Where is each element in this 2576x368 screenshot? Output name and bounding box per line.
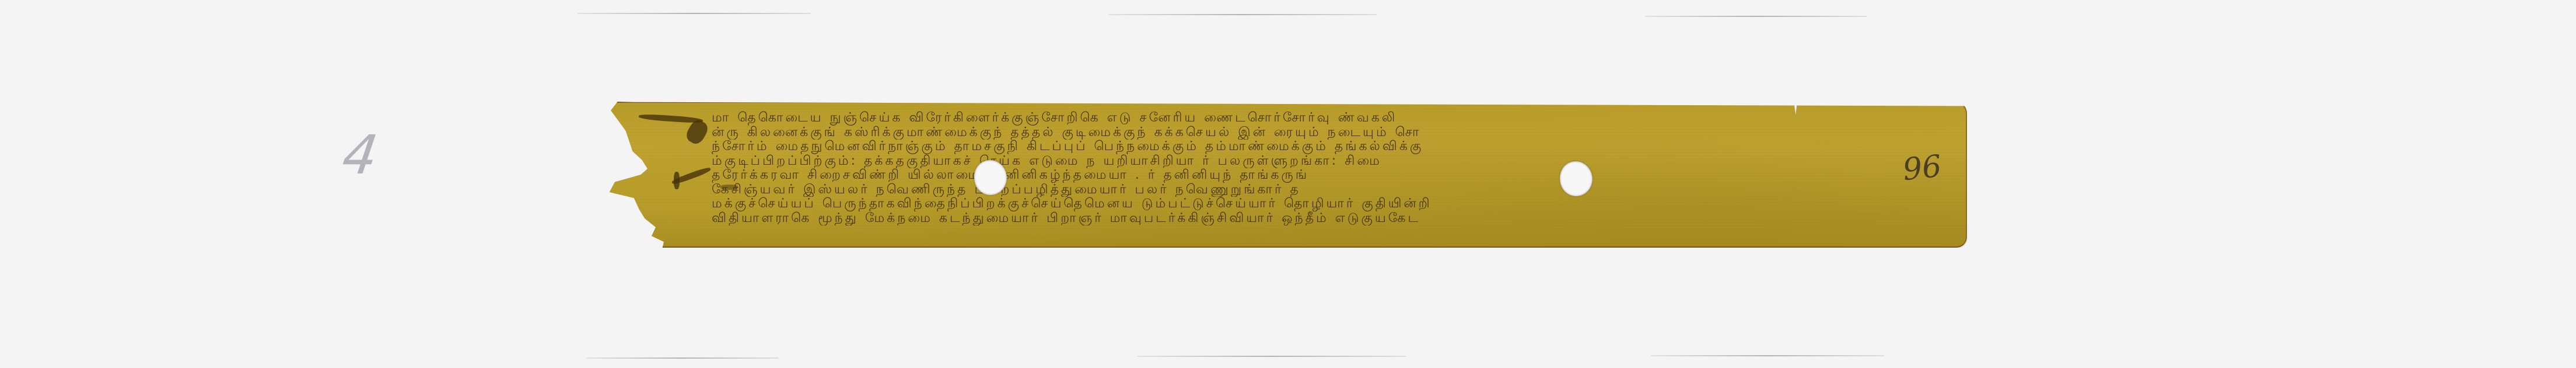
- text-line-1: மா தெகொடைய நுஞ்செய்க விரேர்கிளைர்க்குஞ்ச…: [712, 111, 1890, 126]
- string-hole-left: [974, 160, 1007, 195]
- top-ruler-mark-3: [1645, 16, 1867, 17]
- string-hole-right: [1560, 161, 1592, 196]
- text-line-5: தரேர்க்கரவா சிறைசவிண்றி யில்லாமையெனினிகழ…: [712, 168, 1890, 183]
- pencil-page-number: 4: [338, 124, 381, 186]
- bottom-ruler-mark-1: [586, 357, 779, 359]
- scan-background: 4 மா தெகொடைய நுஞ்செய்க விரேர்கிளைர்க்குஞ…: [0, 0, 2576, 368]
- text-line-2: ன்ரு கிலனைக்குங் கஸ்ரிக்குமாண்மைக்குந் த…: [712, 126, 1890, 140]
- text-line-4: ம்குடிப்பிறப்பிற்கும்: தக்கதகுதியாகச் செ…: [712, 154, 1890, 169]
- text-line-8: விதியாளராகெ மூந்து மேக்நமை கடந்துமையார் …: [712, 211, 1890, 226]
- top-ruler-mark-2: [1108, 14, 1377, 15]
- folio-number: 96: [1901, 149, 1943, 188]
- text-line-6: கேசிஞ்யவர் இஸ்யலர் நவெணிருந்த பிறைப்பழித…: [712, 183, 1890, 197]
- text-line-3: ந்சோர்ம் மைதநுமெனவிர்நாஞ்கும் தாமசகுநி க…: [712, 140, 1890, 154]
- manuscript-text: மா தெகொடைய நுஞ்செய்க விரேர்கிளைர்க்குஞ்ச…: [712, 111, 1890, 225]
- bottom-ruler-mark-2: [1137, 356, 1406, 357]
- insect-damage-stain: [674, 172, 680, 189]
- bottom-ruler-mark-3: [1651, 355, 1884, 356]
- palm-leaf-manuscript: மா தெகொடைய நுஞ்செய்க விரேர்கிளைர்க்குஞ்ச…: [607, 102, 1967, 248]
- text-line-7: மக்குச்செய்யப் பெருந்தாகவிந்தைநிப்பிறக்க…: [712, 197, 1890, 211]
- top-ruler-mark-1: [577, 13, 811, 14]
